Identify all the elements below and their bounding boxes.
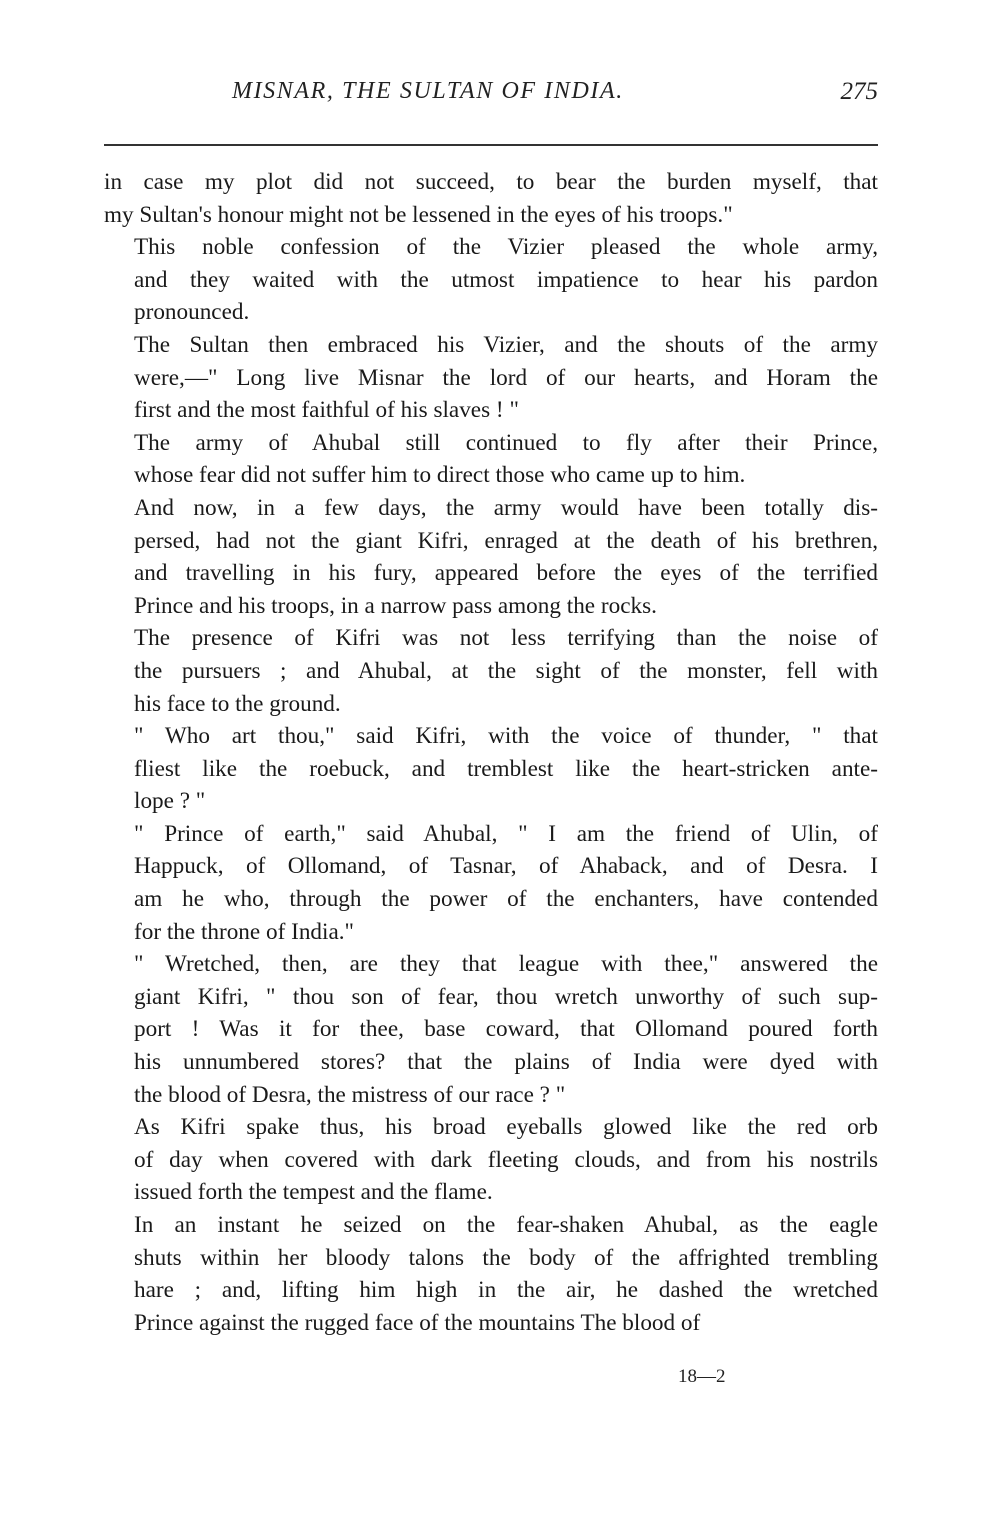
text-line: am he who, through the power of the ench…	[104, 883, 878, 916]
text-line: his unnumbered stores? that the plains o…	[104, 1046, 878, 1079]
text-line: Happuck, of Ollomand, of Tasnar, of Ahab…	[104, 850, 878, 883]
text-line: and travelling in his fury, appeared bef…	[104, 557, 878, 590]
text-line: the pursuers ; and Ahubal, at the sight …	[104, 655, 878, 688]
text-line: Prince and his troops, in a narrow pass …	[104, 590, 878, 623]
text-line: fliest like the roebuck, and tremblest l…	[104, 753, 878, 786]
paragraph: As Kifri spake thus, his broad eyeballs …	[104, 1111, 878, 1209]
paragraph: The army of Ahubal still continued to fl…	[104, 427, 878, 492]
paragraph: The presence of Kifri was not less terri…	[104, 622, 878, 720]
text-line: lope ? "	[104, 785, 878, 818]
text-line: And now, in a few days, the army would h…	[104, 492, 878, 525]
paragraph: In an instant he seized on the fear-shak…	[104, 1209, 878, 1339]
signature-mark: 18—2	[678, 1366, 726, 1388]
paragraph: " Prince of earth," said Ahubal, " I am …	[104, 818, 878, 948]
text-line: of day when covered with dark fleeting c…	[104, 1144, 878, 1177]
text-line: persed, had not the giant Kifri, enraged…	[104, 525, 878, 558]
text-line: The army of Ahubal still continued to fl…	[104, 427, 878, 460]
text-line: my Sultan's honour might not be lessened…	[104, 199, 878, 232]
body-text: in case my plot did not succeed, to bear…	[104, 166, 878, 1339]
text-line: shuts within her bloody talons the body …	[104, 1242, 878, 1275]
text-line: As Kifri spake thus, his broad eyeballs …	[104, 1111, 878, 1144]
paragraph: This noble confession of the Vizier plea…	[104, 231, 878, 329]
text-line: first and the most faithful of his slave…	[104, 394, 878, 427]
text-line: port ! Was it for thee, base coward, tha…	[104, 1013, 878, 1046]
text-line: were,—" Long live Misnar the lord of our…	[104, 362, 878, 395]
text-line: whose fear did not suffer him to direct …	[104, 459, 878, 492]
header-rule	[104, 144, 878, 146]
running-head: MISNAR, THE SULTAN OF INDIA. 275	[104, 78, 878, 118]
paragraph: And now, in a few days, the army would h…	[104, 492, 878, 622]
text-line: issued forth the tempest and the flame.	[104, 1176, 878, 1209]
text-line: hare ; and, lifting him high in the air,…	[104, 1274, 878, 1307]
paragraph: in case my plot did not succeed, to bear…	[104, 166, 878, 231]
page-number: 275	[841, 78, 879, 106]
text-line: pronounced.	[104, 296, 878, 329]
text-line: Prince against the rugged face of the mo…	[104, 1307, 878, 1340]
text-line: in case my plot did not succeed, to bear…	[104, 166, 878, 199]
text-line: In an instant he seized on the fear-shak…	[104, 1209, 878, 1242]
text-line: " Prince of earth," said Ahubal, " I am …	[104, 818, 878, 851]
text-line: the blood of Desra, the mistress of our …	[104, 1079, 878, 1112]
running-title: MISNAR, THE SULTAN OF INDIA.	[232, 78, 624, 105]
paragraph: The Sultan then embraced his Vizier, and…	[104, 329, 878, 427]
text-line: The Sultan then embraced his Vizier, and…	[104, 329, 878, 362]
text-line: The presence of Kifri was not less terri…	[104, 622, 878, 655]
text-line: This noble confession of the Vizier plea…	[104, 231, 878, 264]
paragraph: " Wretched, then, are they that league w…	[104, 948, 878, 1111]
text-line: giant Kifri, " thou son of fear, thou wr…	[104, 981, 878, 1014]
text-line: his face to the ground.	[104, 688, 878, 721]
text-line: and they waited with the utmost impatien…	[104, 264, 878, 297]
paragraph: " Who art thou," said Kifri, with the vo…	[104, 720, 878, 818]
text-line: for the throne of India."	[104, 916, 878, 949]
text-line: " Who art thou," said Kifri, with the vo…	[104, 720, 878, 753]
text-line: " Wretched, then, are they that league w…	[104, 948, 878, 981]
